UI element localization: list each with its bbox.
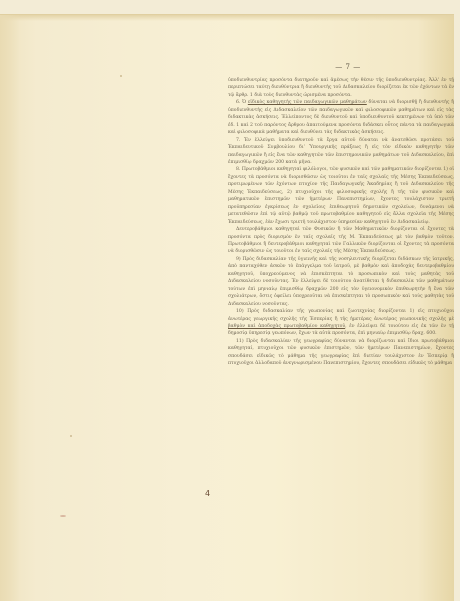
paragraph-text: 10) Πρὸς διδασκαλίαν τῆς γεωπονίας καὶ ζ… — [228, 309, 454, 321]
paragraph-text: 9) Πρὸς διδασκαλίαν τῆς ὑγιεινῆς καὶ τῆς… — [228, 257, 454, 307]
underlined-text: εἰδικὸς καθηγητὴς τῶν παιδαγωγικῶν μαθημ… — [248, 100, 367, 105]
paragraph-article-6: 6. Ὁ εἰδικὸς καθηγητὴς τῶν παιδαγωγικῶν … — [228, 99, 454, 136]
paragraph-article-11: 11) Πρὸς διδασκαλίαν τῆς γεωγραφίας δύνα… — [228, 338, 454, 368]
paper-speck — [70, 435, 72, 437]
page-number: — 7 — — [328, 63, 368, 71]
paragraph-text: ὑποδιευθυντρίας προσόντα διατηροῦν καὶ ἀ… — [228, 78, 454, 98]
paragraph-text: 8. Πρωτοβάθμιοι καθηγηταὶ φιλόλογοι, τῶν… — [228, 167, 454, 224]
paragraph-text: δύναται νὰ διορισθῇ ἢ διευθυντὴς ἢ ὑποδι… — [228, 100, 454, 135]
article-number: 6. Ὁ — [236, 100, 248, 105]
underlined-text: βαθμὸν καὶ ἀποδοχὰς πρωτοβαθμίου καθηγητ… — [228, 324, 345, 329]
paragraph-text: Δευτεροβάθμιοι καθηγηταὶ τῶν Φυσικῶν ἢ τ… — [228, 227, 454, 254]
page-fold-shadow — [0, 15, 20, 600]
paragraph-article-7: 7. Ἐν ἐλλείψει ὑποδιευθυντοῦ τὰ ἔργα αὐτ… — [228, 137, 454, 167]
paragraph-article-10: 10) Πρὸς διδασκαλίαν τῆς γεωπονίας καὶ ζ… — [228, 308, 454, 338]
paragraph: ὑποδιευθυντρίας προσόντα διατηροῦν καὶ ἀ… — [228, 77, 454, 99]
paragraph-secondary-teachers: Δευτεροβάθμιοι καθηγηταὶ τῶν Φυσικῶν ἢ τ… — [228, 226, 454, 256]
page-top-edge — [0, 15, 454, 21]
paper-stain — [60, 515, 66, 517]
handwritten-margin-mark: 4 — [205, 489, 210, 498]
paper-speck — [120, 75, 122, 77]
paragraph-article-8: 8. Πρωτοβάθμιοι καθηγηταὶ φιλόλογοι, τῶν… — [228, 166, 454, 226]
text-column: ὑποδιευθυντρίας προσόντα διατηροῦν καὶ ἀ… — [228, 77, 454, 368]
scanned-page: — 7 — ὑποδιευθυντρίας προσόντα διατηροῦν… — [0, 14, 454, 600]
paragraph-article-9: 9) Πρὸς διδασκαλίαν τῆς ὑγιεινῆς καὶ τῆς… — [228, 256, 454, 308]
paragraph-text: 11) Πρὸς διδασκαλίαν τῆς γεωγραφίας δύνα… — [228, 339, 454, 366]
paragraph-text: 7. Ἐν ἐλλείψει ὑποδιευθυντοῦ τὰ ἔργα αὐτ… — [228, 138, 454, 165]
